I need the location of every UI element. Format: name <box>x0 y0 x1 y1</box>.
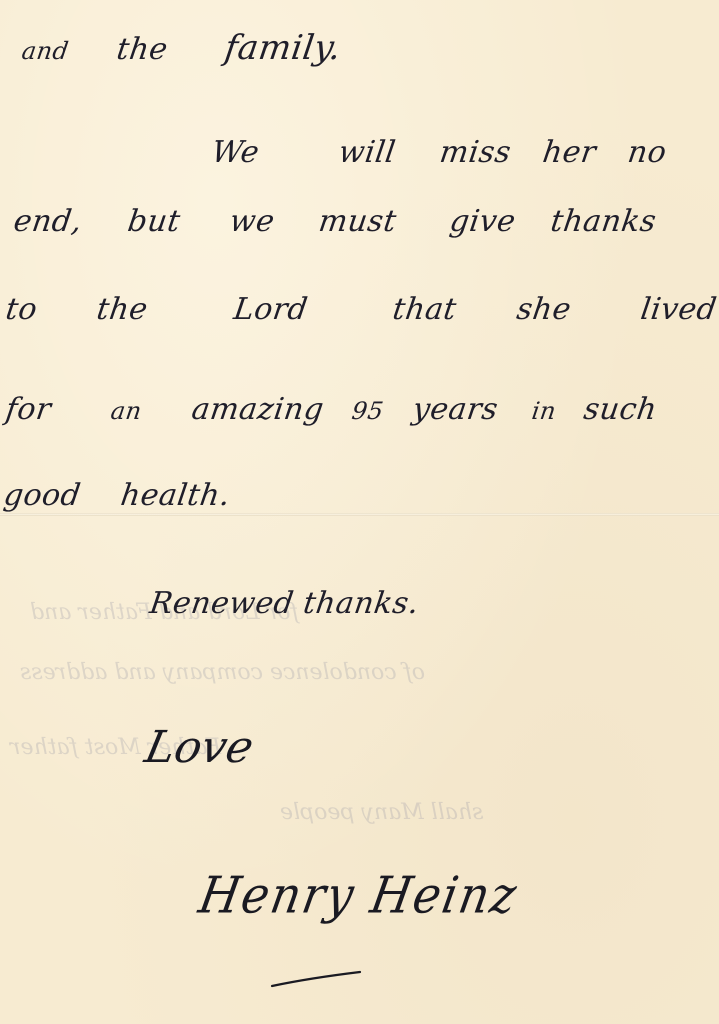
signature-underline <box>270 970 370 990</box>
closing-text: Renewed thanks. <box>150 586 457 621</box>
valediction-text: Love <box>146 722 253 773</box>
letter-line-2: We will miss her no <box>212 135 704 170</box>
letter-line-5: for an amazing 95 years in such <box>6 392 695 427</box>
signature: Henry Heinz <box>200 868 517 922</box>
letter-line-3: end, but we must give thanks <box>14 204 695 239</box>
letter-line-4: to the Lord that she lived <box>6 292 719 327</box>
bleed-through-text: shall Many people <box>280 800 483 825</box>
letter-line-1: and the family. <box>22 28 379 68</box>
bleed-through-text: of condolence company and address <box>20 660 425 685</box>
paper-fold-crease <box>0 513 719 516</box>
letter-line-6: good health. <box>4 478 268 513</box>
